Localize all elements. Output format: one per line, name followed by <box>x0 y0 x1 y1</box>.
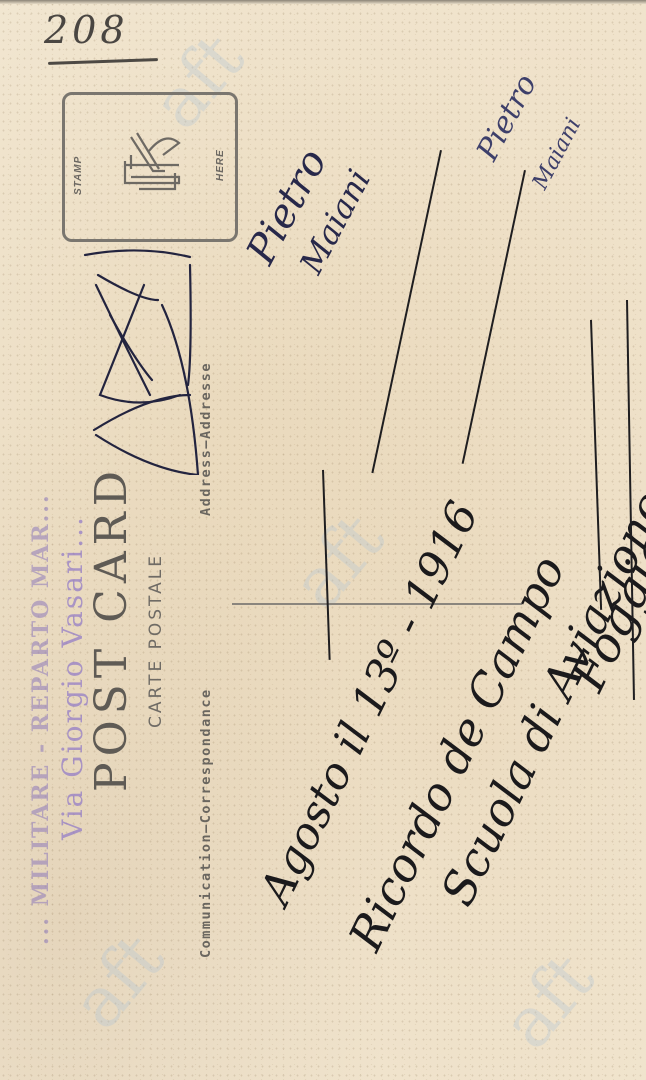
watermark: aft <box>486 938 610 1064</box>
stamp-label-left: STAMP <box>73 156 84 195</box>
stamp-label-right: HERE <box>215 149 226 181</box>
signature-last-name-2: Maiani <box>528 114 586 194</box>
flourish-line <box>371 150 441 473</box>
postcard-title: POST CARD <box>86 465 137 792</box>
rubber-stamp-line-2: Via Giorgio Vasari... <box>56 515 89 840</box>
divider-line <box>232 603 522 605</box>
stamp-box: STAMP HERE <box>62 92 238 242</box>
rubber-stamp-line-1: ... MILITARE - REPARTO MAR... <box>28 493 54 945</box>
watermark: aft <box>56 918 180 1044</box>
archive-underline <box>48 58 158 65</box>
watermark: aft <box>276 498 400 624</box>
postcard-back: aft aft aft aft 208 STAMP HERE ... MILIT… <box>0 0 646 1080</box>
publisher-monogram-icon <box>117 125 187 205</box>
archive-number: 208 <box>44 8 129 52</box>
postcard-subtitle: CARTE POSTALE <box>146 553 166 728</box>
flourish-line <box>462 170 526 464</box>
signature-scribble <box>80 245 210 475</box>
communication-label: Communication—Correspondance <box>198 688 214 958</box>
signature-first-name-2: Pietro <box>470 69 544 167</box>
card-edge <box>0 0 646 4</box>
